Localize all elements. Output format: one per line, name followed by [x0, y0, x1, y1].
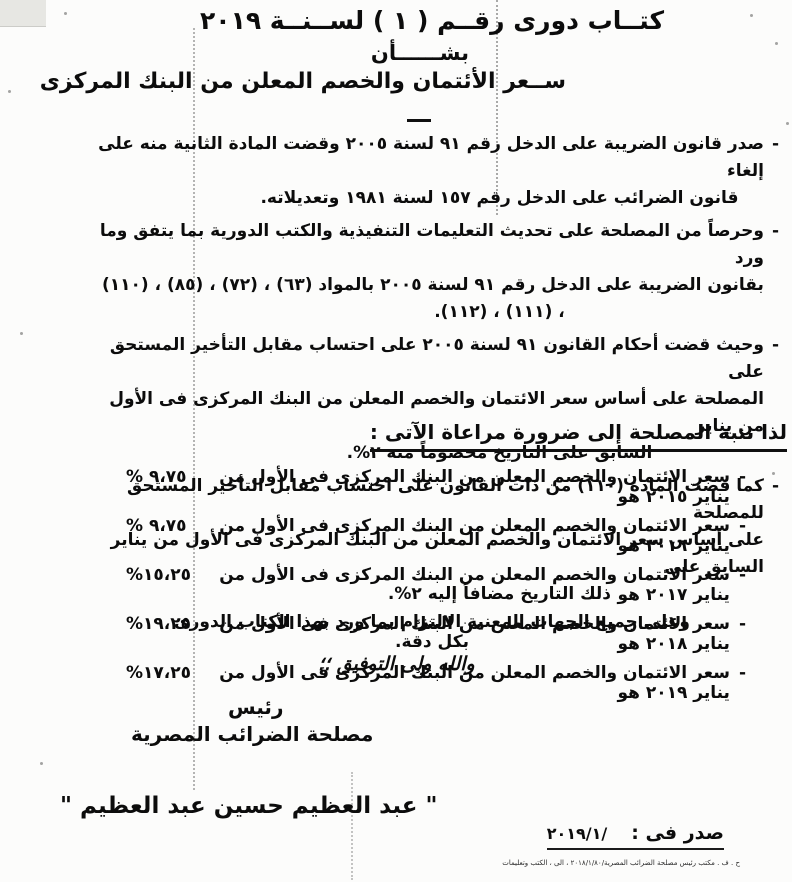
scan-fold-line — [351, 772, 353, 880]
bullet-dash: - — [772, 218, 779, 326]
bullet-dash: - — [772, 131, 779, 212]
scan-speck — [775, 42, 778, 45]
bullet-line: قانون الضرائب على الدخل رقم ١٥٧ لسنة ١٩٨… — [85, 185, 764, 212]
rate-value: ١٧،٢٥% — [126, 663, 191, 683]
scan-speck — [8, 90, 11, 93]
rate-dash: - — [739, 565, 746, 585]
scanned-circular-document: كتــاب دورى رقــم ( ١ ) لســنــة ٢٠١٩ بش… — [0, 0, 792, 882]
bullet-line: وحرصاً من المصلحة على تحديث التعليمات ال… — [85, 218, 764, 272]
rate-dash: - — [739, 516, 746, 536]
notice-heading: لذا تنبه المصلحة إلى ضرورة مراعاة الآتى … — [370, 420, 787, 452]
bullet-line: صدر قانون الضريبة على الدخل رقم ٩١ لسنة … — [85, 131, 764, 185]
scan-corner-patch — [0, 0, 46, 27]
document-title-line1: كتــاب دورى رقــم ( ١ ) لســنــة ٢٠١٩ — [316, 6, 664, 35]
signature-title-chief: رئيس — [228, 695, 283, 719]
signatory-name: " عبد العظيم حسين عبد العظيم " — [60, 793, 438, 819]
rate-value: ٩،٧٥ % — [126, 516, 187, 536]
bullet-item: - وحرصاً من المصلحة على تحديث التعليمات … — [85, 218, 779, 326]
rate-dash: - — [739, 467, 746, 487]
bullet-lines: وحرصاً من المصلحة على تحديث التعليمات ال… — [85, 218, 764, 326]
salutation-line: والله ولى التوفيق ؛؛ — [318, 653, 475, 675]
issued-block: صدر فى : ٢٠١٩/١/ — [547, 822, 724, 850]
bullet-lines: صدر قانون الضريبة على الدخل رقم ٩١ لسنة … — [85, 131, 764, 212]
issued-date: ٢٠١٩/١/ — [547, 824, 608, 843]
archival-footer-note: ح . ف . مكتب رئيس مصلحة الضرائب المصرية/… — [502, 859, 740, 867]
rate-value: ٩،٧٥ % — [126, 467, 187, 487]
scan-speck — [40, 762, 43, 765]
bullet-line: وحيث قضت أحكام القانون ٩١ لسنة ٢٠٠٥ على … — [85, 332, 764, 386]
bullet-line: ، (١١١) ، (١١٢). — [85, 299, 764, 326]
bullet-item: - صدر قانون الضريبة على الدخل رقم ٩١ لسن… — [85, 131, 779, 212]
scan-speck — [786, 122, 789, 125]
rate-dash: - — [739, 614, 746, 634]
title-divider-dash — [407, 119, 431, 122]
bullet-dash: - — [772, 473, 779, 608]
issued-label: صدر فى : — [631, 822, 724, 844]
rate-text: سعر الائتمان والخصم المعلن من البنك المر… — [196, 467, 730, 507]
bullet-line: بقانون الضريبة على الدخل رقم ٩١ لسنة ٢٠٠… — [85, 272, 764, 299]
closing-line: وعلى جميع الجهات المعنية الالتزام بما ور… — [158, 612, 706, 652]
scan-speck — [64, 12, 67, 15]
document-title-line3: ســعر الأئتمان والخصم المعلن من البنك ال… — [188, 69, 566, 94]
rate-text: سعر الائتمان والخصم المعلن من البنك المر… — [200, 565, 730, 605]
scan-speck — [20, 332, 23, 335]
rate-row: - سعر الائتمان والخصم المعلن من البنك ال… — [126, 516, 746, 556]
rate-row: - سعر الائتمان والخصم المعلن من البنك ال… — [126, 467, 746, 507]
document-title-line2: بشــــــأن — [352, 41, 488, 65]
rate-dash: - — [739, 663, 746, 683]
rate-value: ١٥،٢٥% — [126, 565, 191, 585]
rate-text: سعر الائتمان والخصم المعلن من البنك المر… — [196, 516, 730, 556]
signature-title-authority: مصلحة الضرائب المصرية — [131, 722, 373, 746]
rates-list: - سعر الائتمان والخصم المعلن من البنك ال… — [126, 467, 746, 712]
rate-row: - سعر الائتمان والخصم المعلن من البنك ال… — [126, 565, 746, 605]
scan-speck — [750, 14, 753, 17]
